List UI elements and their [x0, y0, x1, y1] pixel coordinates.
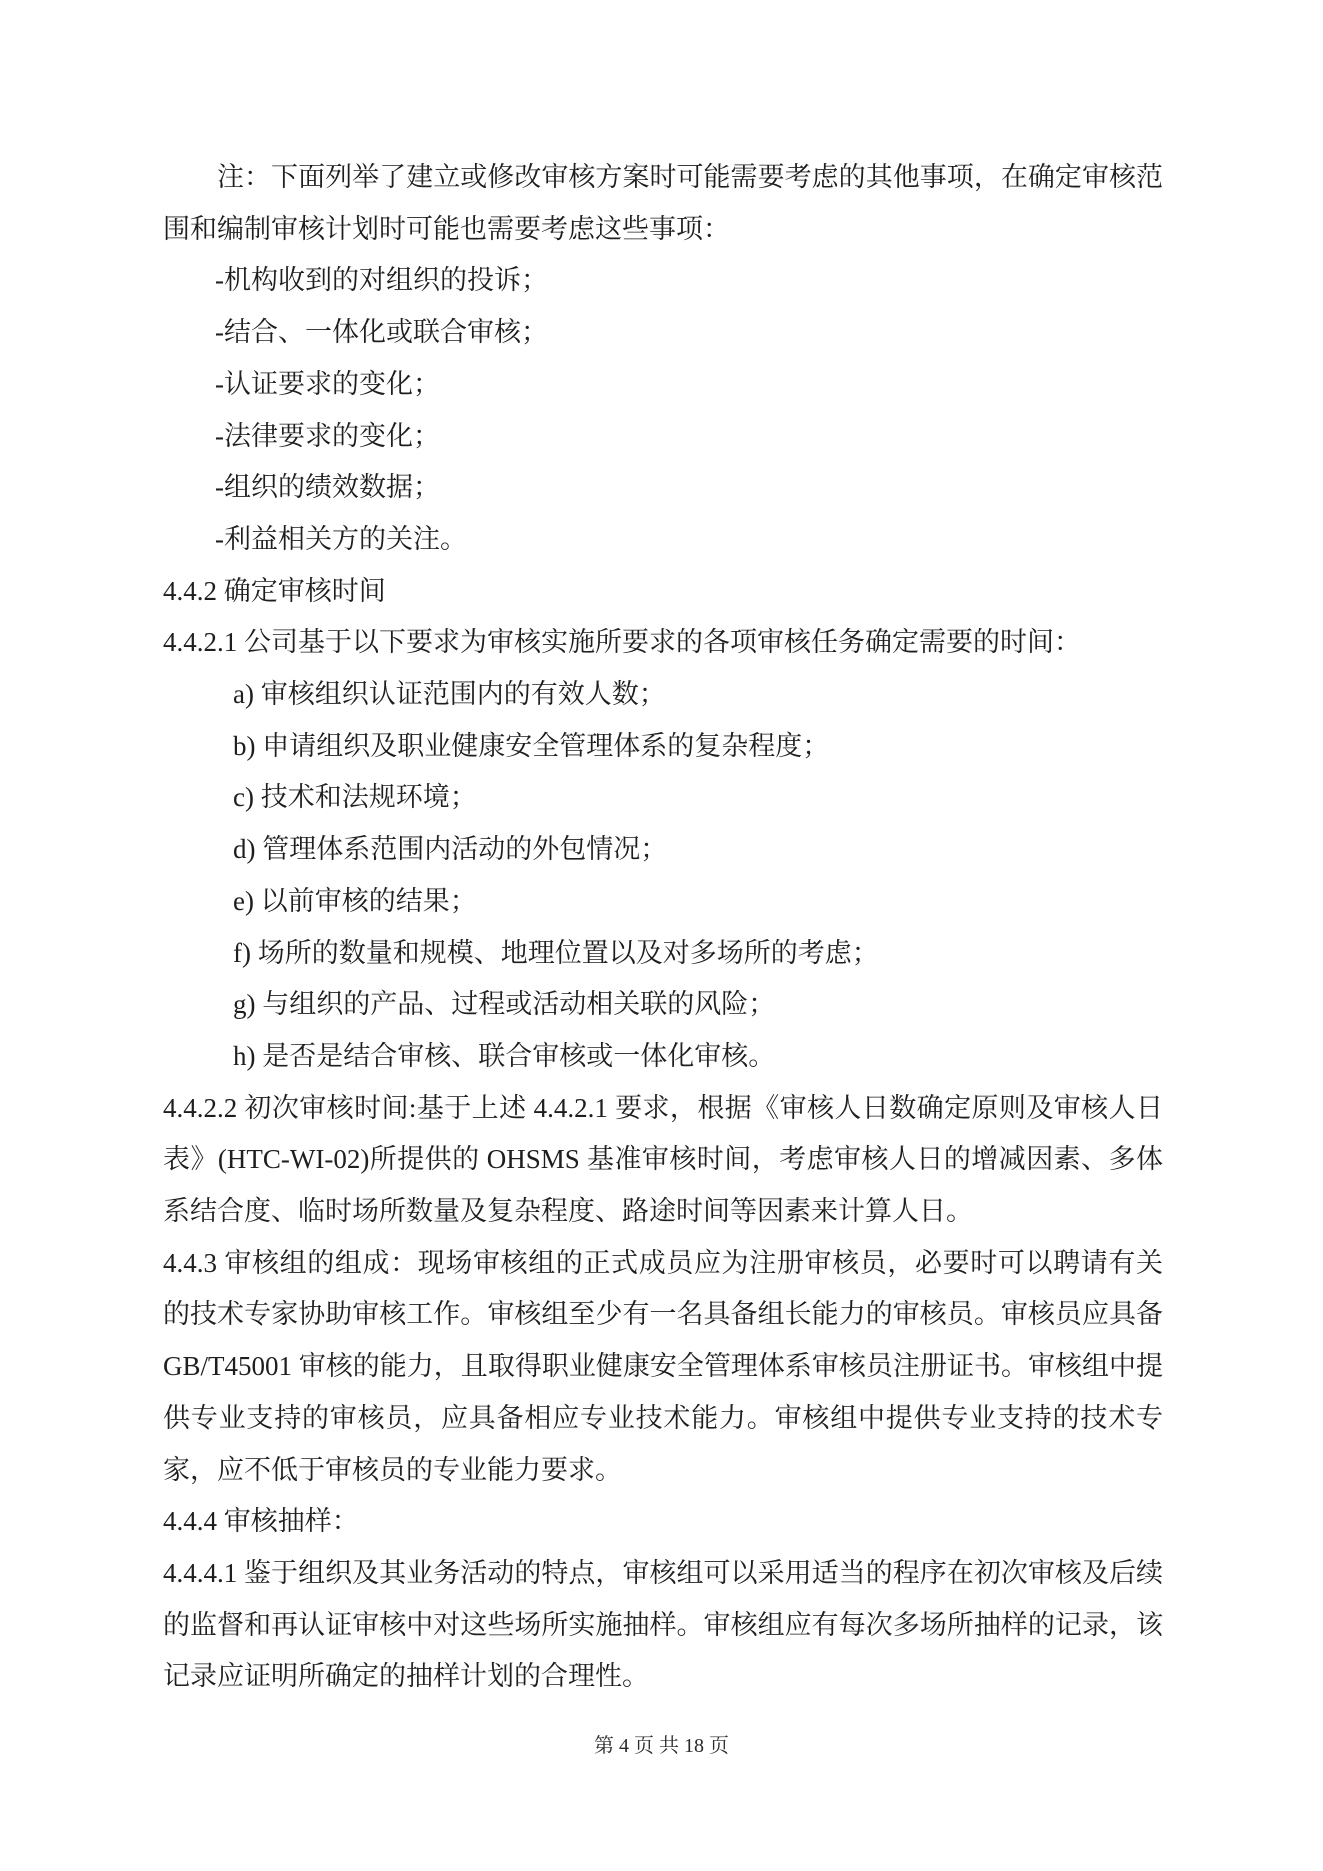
page-number: 第 4 页 共 18 页 [594, 1735, 729, 1757]
paragraph-dash-1: -机构收到的对组织的投诉； [163, 255, 1163, 307]
paragraph-para-17: 4.4.2.2 初次审核时间:基于上述 4.4.2.1 要求，根据《审核人日数确… [163, 1083, 1163, 1238]
paragraph-note-0: 注：下面列举了建立或修改审核方案时可能需要考虑的其他事项，在确定审核范围和编制审… [163, 152, 1163, 255]
document-body: 注：下面列举了建立或修改审核方案时可能需要考虑的其他事项，在确定审核范围和编制审… [163, 152, 1163, 1703]
paragraph-item-10: b) 申请组织及职业健康安全管理体系的复杂程度； [163, 721, 1163, 773]
paragraph-para-20: 4.4.4.1 鉴于组织及其业务活动的特点，审核组可以采用适当的程序在初次审核及… [163, 1548, 1163, 1703]
paragraph-para-18: 4.4.3 审核组的组成：现场审核组的正式成员应为注册审核员，必要时可以聘请有关… [163, 1238, 1163, 1497]
page-footer: 第 4 页 共 18 页 [0, 1733, 1323, 1759]
paragraph-item-9: a) 审核组织认证范围内的有效人数； [163, 669, 1163, 721]
paragraph-para-7: 4.4.2 确定审核时间 [163, 566, 1163, 618]
paragraph-item-15: g) 与组织的产品、过程或活动相关联的风险； [163, 979, 1163, 1031]
paragraph-dash-6: -利益相关方的关注。 [163, 514, 1163, 566]
paragraph-item-14: f) 场所的数量和规模、地理位置以及对多场所的考虑； [163, 928, 1163, 980]
paragraph-dash-5: -组织的绩效数据； [163, 462, 1163, 514]
paragraph-item-11: c) 技术和法规环境； [163, 772, 1163, 824]
paragraph-item-12: d) 管理体系范围内活动的外包情况； [163, 824, 1163, 876]
document-page: 注：下面列举了建立或修改审核方案时可能需要考虑的其他事项，在确定审核范围和编制审… [0, 0, 1323, 1871]
paragraph-dash-3: -认证要求的变化； [163, 359, 1163, 411]
paragraph-dash-4: -法律要求的变化； [163, 411, 1163, 463]
paragraph-para-19: 4.4.4 审核抽样： [163, 1496, 1163, 1548]
paragraph-item-16: h) 是否是结合审核、联合审核或一体化审核。 [163, 1031, 1163, 1083]
paragraph-item-13: e) 以前审核的结果； [163, 876, 1163, 928]
paragraph-dash-2: -结合、一体化或联合审核； [163, 307, 1163, 359]
paragraph-para-8: 4.4.2.1 公司基于以下要求为审核实施所要求的各项审核任务确定需要的时间： [163, 617, 1163, 669]
